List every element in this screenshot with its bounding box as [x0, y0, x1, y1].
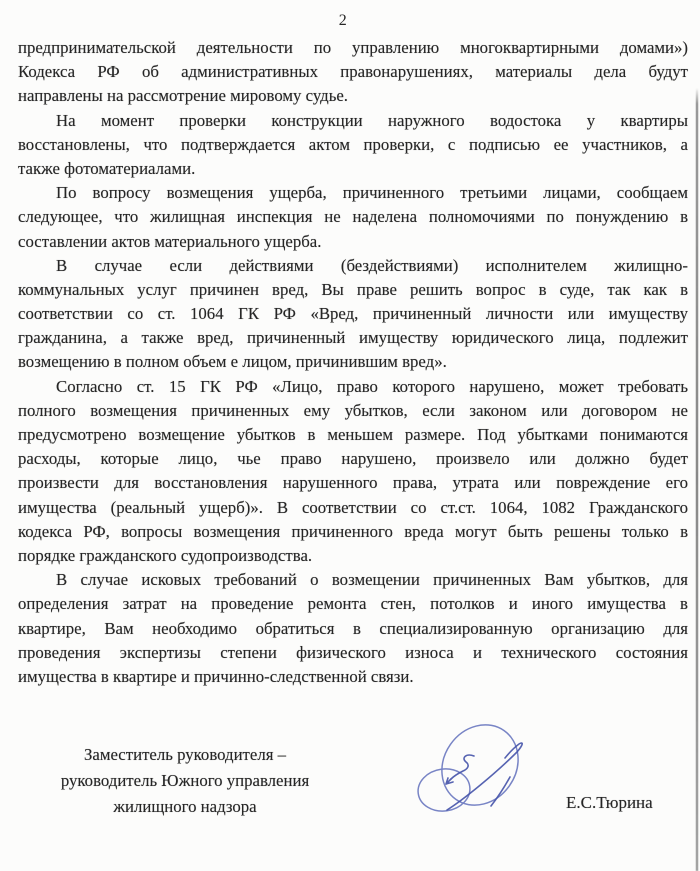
text-line: проведения экспертизы степени физическог… [18, 641, 688, 665]
text-line: На момент проверки конструкции наружного… [18, 109, 688, 133]
document-body: предпринимательской деятельности по упра… [18, 36, 688, 689]
signer-title-line: руководитель Южного управления [30, 768, 340, 794]
page-number: 2 [0, 12, 686, 30]
scan-edge-artifact [696, 88, 698, 871]
text-line: восстановлены, что подтверждается актом … [18, 133, 688, 157]
text-line: следующее, что жилищная инспекция не над… [18, 205, 688, 229]
text-line: имущества (реальный ущерб)». В соответст… [18, 496, 688, 520]
text-line: произвести для восстановления нарушенног… [18, 471, 688, 495]
text-line: соответствии со ст. 1064 ГК РФ «Вред, пр… [18, 302, 688, 326]
signer-title-block: Заместитель руководителя – руководитель … [30, 742, 340, 820]
text-line: составлении актов материального ущерба. [18, 230, 688, 254]
text-line: Кодекса РФ об административных правонару… [18, 60, 688, 84]
handwritten-signature-icon [403, 702, 573, 827]
text-line: направлены на рассмотрение мировому судь… [18, 84, 688, 108]
signer-name: Е.С.Тюрина [566, 793, 653, 813]
text-line: Согласно ст. 15 ГК РФ «Лицо, право котор… [18, 375, 688, 399]
signer-title-line: жилищного надзора [30, 794, 340, 820]
text-line: коммунальных услуг причинен вред, Вы пра… [18, 278, 688, 302]
text-line: кодекса РФ, вопросы возмещения причиненн… [18, 520, 688, 544]
text-line: порядке гражданского судопроизводства. [18, 544, 688, 568]
text-line: По вопросу возмещения ущерба, причиненно… [18, 181, 688, 205]
text-line: расходы, которые лицо, чье право нарушен… [18, 447, 688, 471]
text-line: гражданина, а также вред, причиненный им… [18, 326, 688, 350]
text-line: В случае если действиями (бездействиями)… [18, 254, 688, 278]
text-line: полного возмещения причиненных ему убытк… [18, 399, 688, 423]
signer-title-line: Заместитель руководителя – [30, 742, 340, 768]
text-line: В случае исковых требований о возмещении… [18, 568, 688, 592]
text-line: возмещению в полном объем е лицом, причи… [18, 350, 688, 374]
signature-ovals [415, 710, 533, 820]
text-line: квартире, Вам необходимо обратиться в сп… [18, 617, 688, 641]
text-line: имущества в квартире и причинно-следстве… [18, 665, 688, 689]
scanned-document-page: 2 предпринимательской деятельности по уп… [0, 0, 700, 871]
text-line: также фотоматериалами. [18, 157, 688, 181]
text-line: определения затрат на проведение ремонта… [18, 592, 688, 616]
text-line: предпринимательской деятельности по упра… [18, 36, 688, 60]
text-line: предусмотрено возмещение убытков в меньш… [18, 423, 688, 447]
